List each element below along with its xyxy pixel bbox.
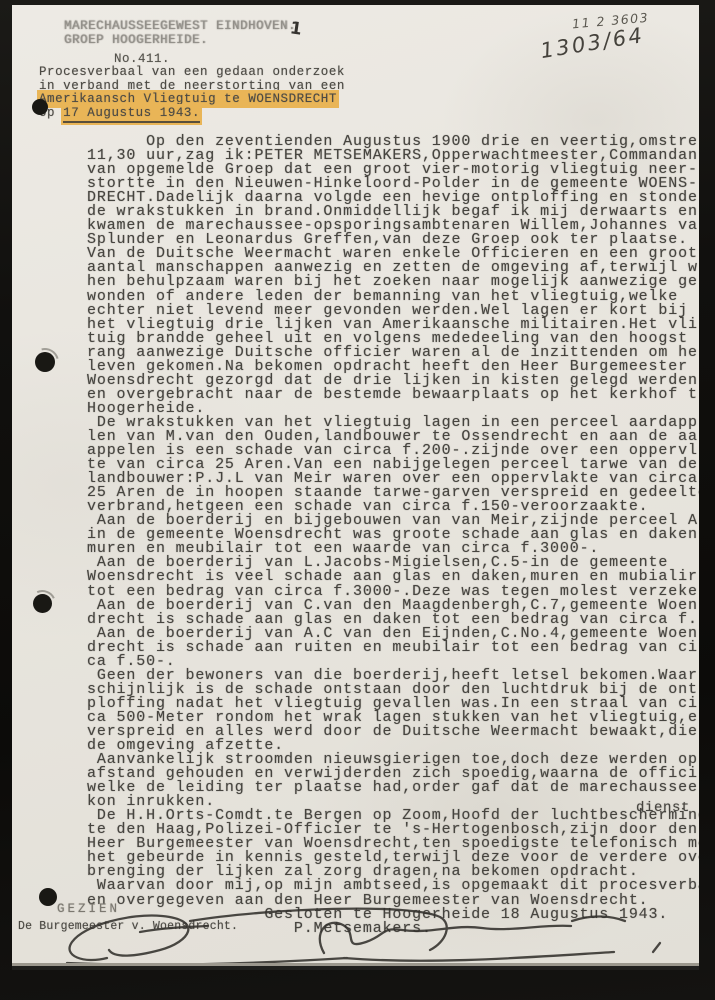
title-line-1: Procesverbaal van een gedaan onderzoek bbox=[39, 66, 345, 80]
document-scan: MARECHAUSSEEGEWEST EINDHOVEN. GROEP HOOG… bbox=[0, 0, 715, 1000]
pen-mark: 1 bbox=[289, 18, 304, 39]
letterhead-org-line1: MARECHAUSSEEGEWEST EINDHOVEN. bbox=[64, 19, 296, 33]
punch-hole-ring bbox=[25, 586, 60, 621]
signature-mayor bbox=[67, 909, 447, 965]
signatures bbox=[12, 880, 699, 966]
punch-hole bbox=[32, 99, 48, 115]
document-page: MARECHAUSSEEGEWEST EINDHOVEN. GROEP HOOG… bbox=[12, 5, 699, 966]
letterhead-org-line2: GROEP HOOGERHEIDE. bbox=[64, 33, 296, 47]
title-line-3: Amerikaansch Vliegtuig te WOENSDRECHT bbox=[39, 93, 345, 107]
document-title: Procesverbaal van een gedaan onderzoek i… bbox=[39, 66, 345, 120]
highlighted-date: 17 Augustus 1943. bbox=[63, 106, 200, 123]
punch-hole-ring bbox=[26, 343, 64, 381]
title-line-4: op 17 Augustus 1943. bbox=[39, 107, 345, 121]
highlighted-subject: Amerikaansch Vliegtuig te WOENSDRECHT bbox=[39, 92, 337, 106]
document-number: No.411. bbox=[114, 52, 170, 66]
letterhead: MARECHAUSSEEGEWEST EINDHOVEN. GROEP HOOG… bbox=[64, 19, 296, 47]
body-line: drecht is schade aan ruiten en meubilair… bbox=[87, 641, 699, 655]
inserted-word: dienst bbox=[636, 800, 690, 816]
report-body: Op den zeventienden Augustus 1900 drie e… bbox=[87, 135, 699, 936]
title-line-2: in verband met de neerstorting van een bbox=[39, 80, 345, 94]
signature-officer bbox=[320, 916, 660, 960]
